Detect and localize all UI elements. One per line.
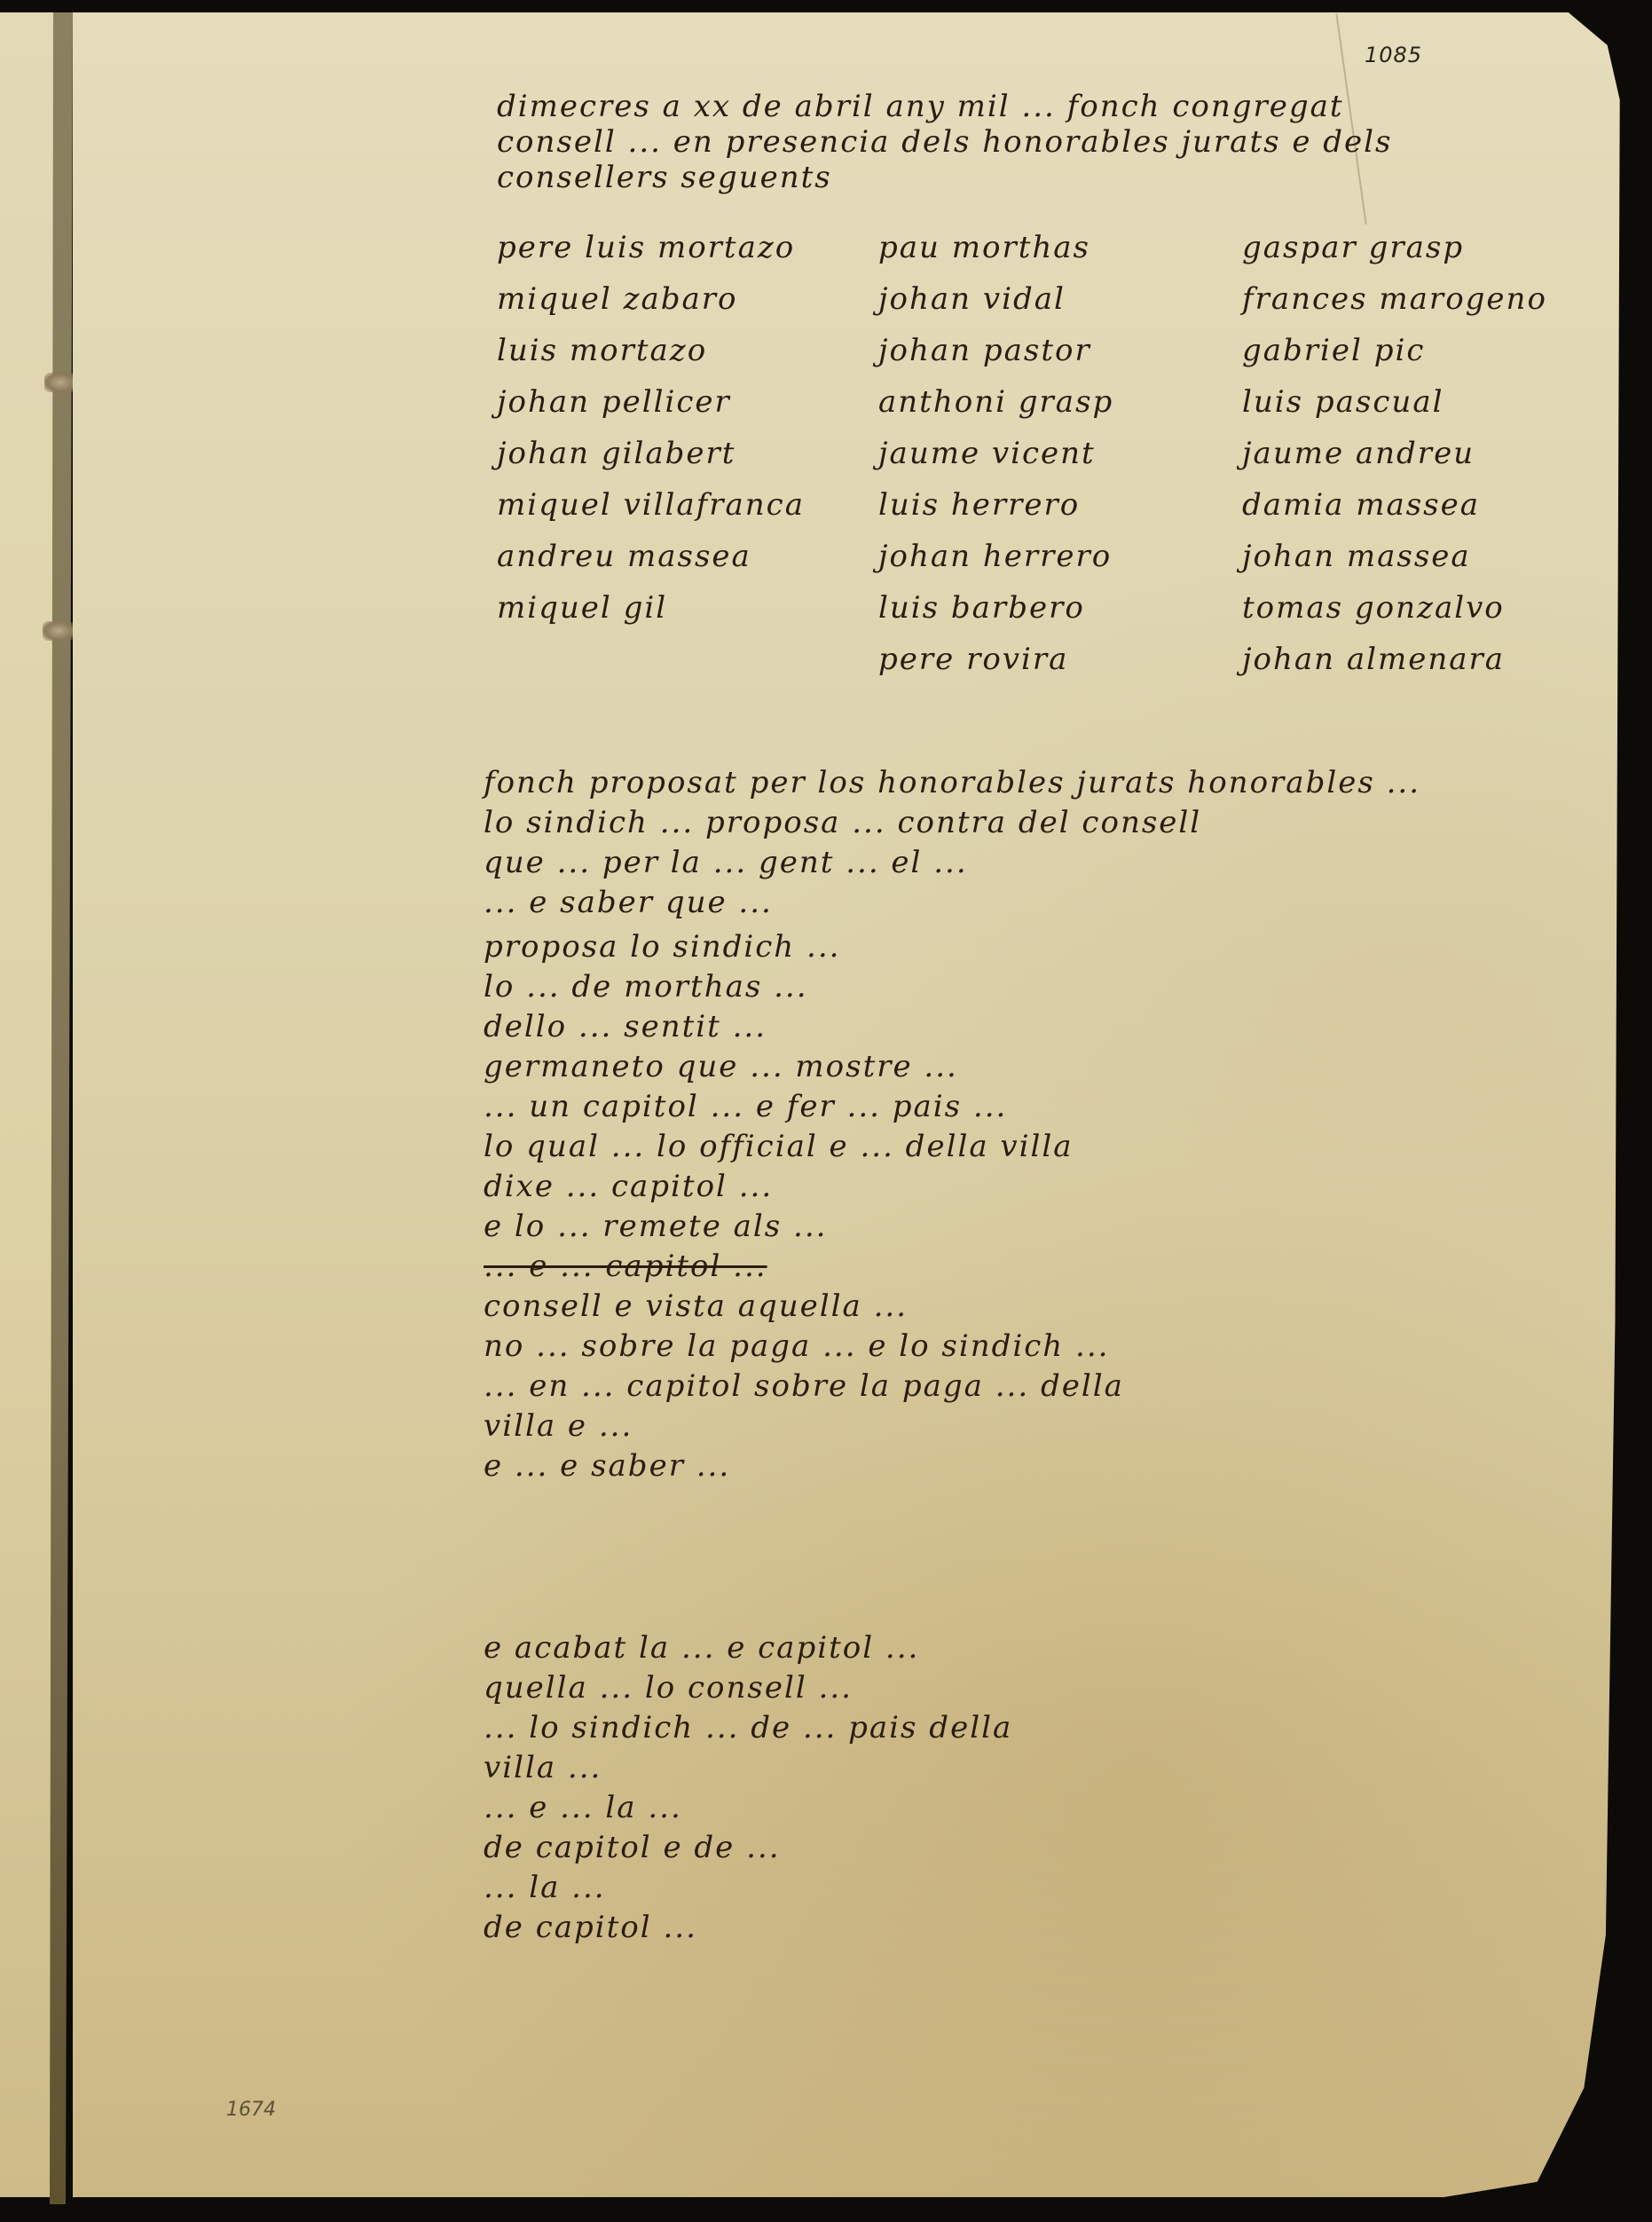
binding-gutter	[50, 12, 73, 2204]
attendee-name: pere luis mortazo	[497, 222, 805, 273]
attendee-name: luis herrero	[878, 479, 1113, 531]
attendee-column: pau morthas johan vidal johan pastor ant…	[878, 222, 1113, 685]
attendee-name: miquel gil	[497, 582, 805, 634]
heading-line: consell ... en presencia dels honorables…	[497, 124, 1597, 160]
attendee-name: andreu massea	[497, 531, 805, 582]
text-line-struck: ... e ... capitol ...	[484, 1247, 1610, 1287]
attendee-list: pere luis mortazo miquel zabaro luis mor…	[497, 222, 1562, 666]
attendee-name: luis barbero	[878, 582, 1113, 634]
attendee-name: johan almenara	[1242, 634, 1547, 685]
heading-line: consellers seguents	[497, 160, 1597, 195]
folio-number-top: 1085	[1365, 43, 1422, 67]
attendee-name: johan pastor	[878, 325, 1113, 376]
attendee-name: pere rovira	[878, 634, 1113, 685]
attendee-name: johan vidal	[878, 273, 1113, 325]
text-line: ... e saber que ...	[484, 883, 1610, 923]
attendee-name: johan pellicer	[497, 376, 805, 428]
text-line: e lo ... remete als ...	[484, 1207, 1610, 1247]
text-line: ... en ... capitol sobre la paga ... del…	[484, 1367, 1610, 1406]
attendee-name: jaume andreu	[1242, 428, 1547, 479]
text-line: dixe ... capitol ...	[484, 1167, 1610, 1207]
text-line: germaneto que ... mostre ...	[484, 1047, 1610, 1087]
minute-paragraph: e acabat la ... e capitol ... quella ...…	[484, 1628, 1610, 1948]
attendee-name: damia massea	[1242, 479, 1547, 531]
text-line: villa e ...	[484, 1406, 1610, 1446]
text-line: que ... per la ... gent ... el ...	[484, 843, 1610, 883]
attendee-column: pere luis mortazo miquel zabaro luis mor…	[497, 222, 805, 634]
text-line: lo sindich ... proposa ... contra del co…	[484, 803, 1610, 843]
attendee-name: gaspar grasp	[1242, 222, 1547, 273]
binding-stitch	[44, 373, 76, 392]
text-line: ... la ...	[484, 1868, 1610, 1908]
binding-stitch	[43, 621, 75, 641]
attendee-name: luis mortazo	[497, 325, 805, 376]
text-line: lo ... de morthas ...	[484, 967, 1610, 1007]
text-line: de capitol e de ...	[484, 1828, 1610, 1868]
attendee-name: gabriel pic	[1242, 325, 1547, 376]
attendee-column: gaspar grasp frances marogeno gabriel pi…	[1242, 222, 1547, 685]
text-line: no ... sobre la paga ... e lo sindich ..…	[484, 1327, 1610, 1367]
attendee-name: pau morthas	[878, 222, 1113, 273]
attendee-name: anthoni grasp	[878, 376, 1113, 428]
text-line: dello ... sentit ...	[484, 1007, 1610, 1047]
attendee-name: johan herrero	[878, 531, 1113, 582]
attendee-name: johan massea	[1242, 531, 1547, 582]
text-line: de capitol ...	[484, 1908, 1610, 1948]
text-line: e acabat la ... e capitol ...	[484, 1628, 1610, 1668]
attendee-name: miquel zabaro	[497, 273, 805, 325]
text-line: villa ...	[484, 1748, 1610, 1788]
heading-line: dimecres a xx de abril any mil ... fonch…	[497, 89, 1597, 124]
text-line: quella ... lo consell ...	[484, 1668, 1610, 1708]
attendee-name: jaume vicent	[878, 428, 1113, 479]
attendee-name: frances marogeno	[1242, 273, 1547, 325]
text-line: ... e ... la ...	[484, 1788, 1610, 1828]
minute-paragraph: proposa lo sindich ... lo ... de morthas…	[484, 927, 1610, 1486]
text-line: ... un capitol ... e fer ... pais ...	[484, 1087, 1610, 1127]
text-line: proposa lo sindich ...	[484, 927, 1610, 967]
text-line: fonch proposat per los honorables jurats…	[484, 763, 1610, 803]
folio-number-bottom: 1674	[226, 2099, 276, 2121]
minute-paragraph: fonch proposat per los honorables jurats…	[484, 763, 1610, 923]
facing-page-edge	[0, 12, 53, 2197]
text-line: lo qual ... lo official e ... della vill…	[484, 1127, 1610, 1167]
meeting-heading: dimecres a xx de abril any mil ... fonch…	[497, 89, 1597, 195]
text-line: e ... e saber ...	[484, 1446, 1610, 1486]
attendee-name: tomas gonzalvo	[1242, 582, 1547, 634]
attendee-name: miquel villafranca	[497, 479, 805, 531]
attendee-name: luis pascual	[1242, 376, 1547, 428]
text-line: consell e vista aquella ...	[484, 1287, 1610, 1327]
text-line: ... lo sindich ... de ... pais della	[484, 1708, 1610, 1748]
attendee-name: johan gilabert	[497, 428, 805, 479]
